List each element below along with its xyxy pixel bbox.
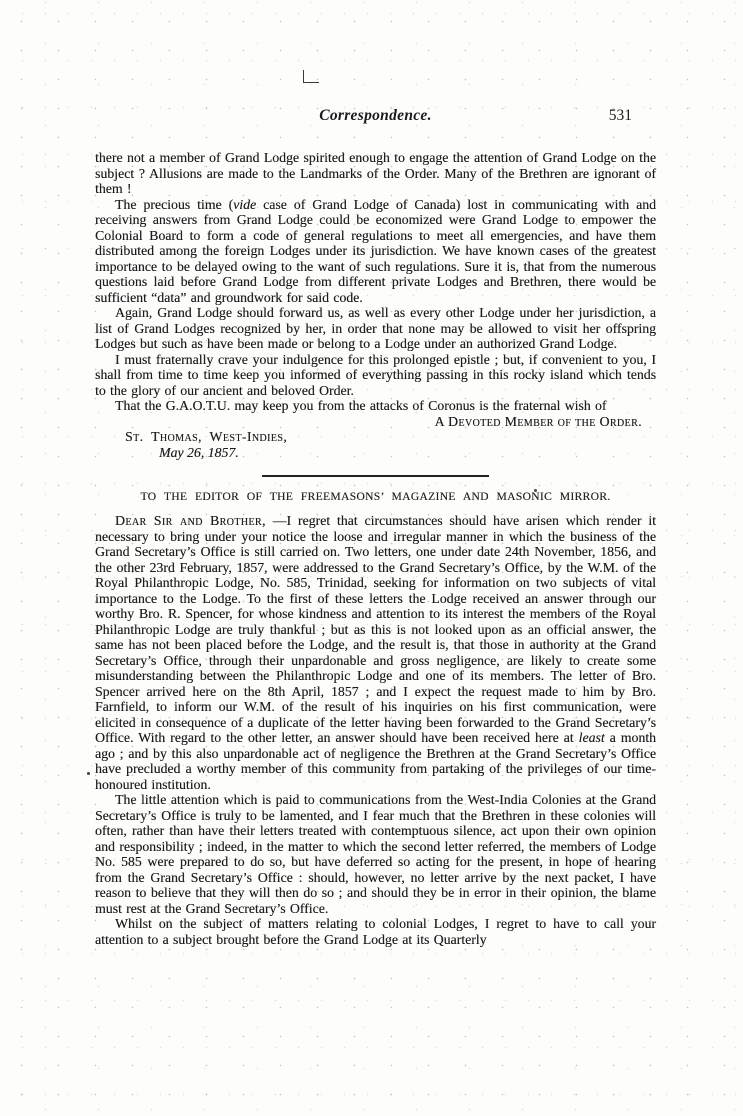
paragraph: That the G.A.O.T.U. may keep you from th… xyxy=(95,398,656,414)
signature-line: A Devoted Member of the Order. xyxy=(95,414,656,430)
text-segment: The precious time ( xyxy=(115,197,233,212)
paragraph: I must fraternally crave your indulgence… xyxy=(95,352,656,399)
paragraph: Dear Sir and Brother, —I regret that cir… xyxy=(95,513,656,792)
salutation: Dear Sir and Brother, xyxy=(115,513,266,528)
letter-2: TO THE EDITOR OF THE FREEMASONS’ MAGAZIN… xyxy=(95,490,656,947)
text-segment-italic: least xyxy=(579,730,605,745)
page-content: Correspondence. 531 there not a member o… xyxy=(95,107,656,947)
text-segment-italic: vide xyxy=(233,197,256,212)
text-segment: —I regret that circumstances should have… xyxy=(95,513,656,745)
date-line: May 26, 1857. xyxy=(95,445,656,461)
scanned-document-page: Correspondence. 531 there not a member o… xyxy=(0,0,743,1116)
letter-1: there not a member of Grand Lodge spirit… xyxy=(95,150,656,461)
paragraph: The little attention which is paid to co… xyxy=(95,792,656,916)
running-header: Correspondence. 531 xyxy=(95,107,656,126)
page-number: 531 xyxy=(609,107,632,125)
paragraph: Again, Grand Lodge should forward us, as… xyxy=(95,305,656,352)
scan-artifact-mark xyxy=(303,70,319,83)
paragraph: there not a member of Grand Lodge spirit… xyxy=(95,150,656,197)
scan-artifact-dot xyxy=(87,772,90,775)
letter-heading: TO THE EDITOR OF THE FREEMASONS’ MAGAZIN… xyxy=(95,490,656,504)
section-divider xyxy=(262,475,489,477)
place-line: St. Thomas, West-Indies, xyxy=(95,429,656,445)
paragraph: Whilst on the subject of matters relatin… xyxy=(95,916,656,947)
paragraph: The precious time (vide case of Grand Lo… xyxy=(95,197,656,306)
page-title: Correspondence. xyxy=(319,107,432,124)
text-segment: case of Grand Lodge of Canada) lost in c… xyxy=(95,197,656,305)
